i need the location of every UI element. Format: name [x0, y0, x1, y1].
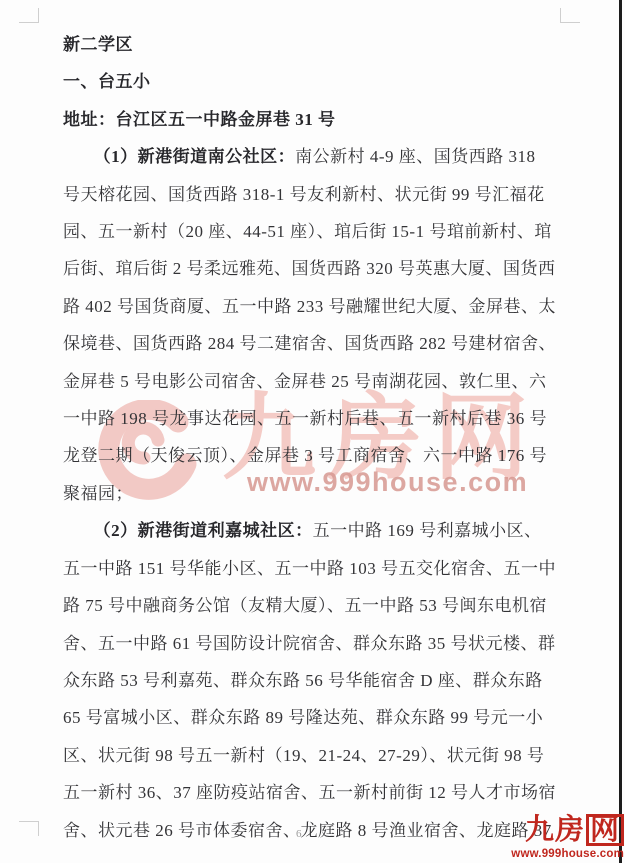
address-line: 地址：台江区五一中路金屏巷 31 号 [63, 101, 566, 138]
community-paragraph-2: （2）新港街道利嘉城社区：五一中路 169 号利嘉城小区、 五一中路 151 号… [63, 512, 566, 849]
school-heading: 一、台五小 [63, 63, 566, 100]
text-boundary-mark-bottom-left [19, 821, 39, 836]
site-logo: 九房网 www.999house.com [511, 814, 624, 860]
site-logo-brand-boxed: 网 [586, 814, 624, 846]
text-boundary-mark-top-right [560, 8, 580, 23]
site-logo-url: www.999house.com [511, 848, 624, 860]
district-title: 新二学区 [63, 26, 566, 63]
page-number: 6 [296, 828, 302, 840]
community-2-body: 五一中路 169 号利嘉城小区、 五一中路 151 号华能小区、五一中路 103… [63, 521, 556, 839]
community-paragraph-1: （1）新港街道南公社区：南公新村 4-9 座、国货西路 318 号天榕花园、国货… [63, 138, 566, 512]
site-logo-brand: 九房网 [511, 814, 624, 846]
text-boundary-mark-top-left [19, 8, 39, 23]
community-1-body: 南公新村 4-9 座、国货西路 318 号天榕花园、国货西路 318-1 号友利… [63, 147, 556, 503]
site-logo-brand-main: 九房 [525, 814, 585, 846]
scan-edge-line [619, 0, 622, 863]
community-1-label: （1）新港街道南公社区： [94, 147, 296, 166]
scanned-document-page: 九房网 www.999house.com 新二学区 一、台五小 地址：台江区五一… [0, 0, 625, 863]
document-body: 新二学区 一、台五小 地址：台江区五一中路金屏巷 31 号 （1）新港街道南公社… [63, 26, 566, 849]
community-2-label: （2）新港街道利嘉城社区： [94, 521, 313, 540]
